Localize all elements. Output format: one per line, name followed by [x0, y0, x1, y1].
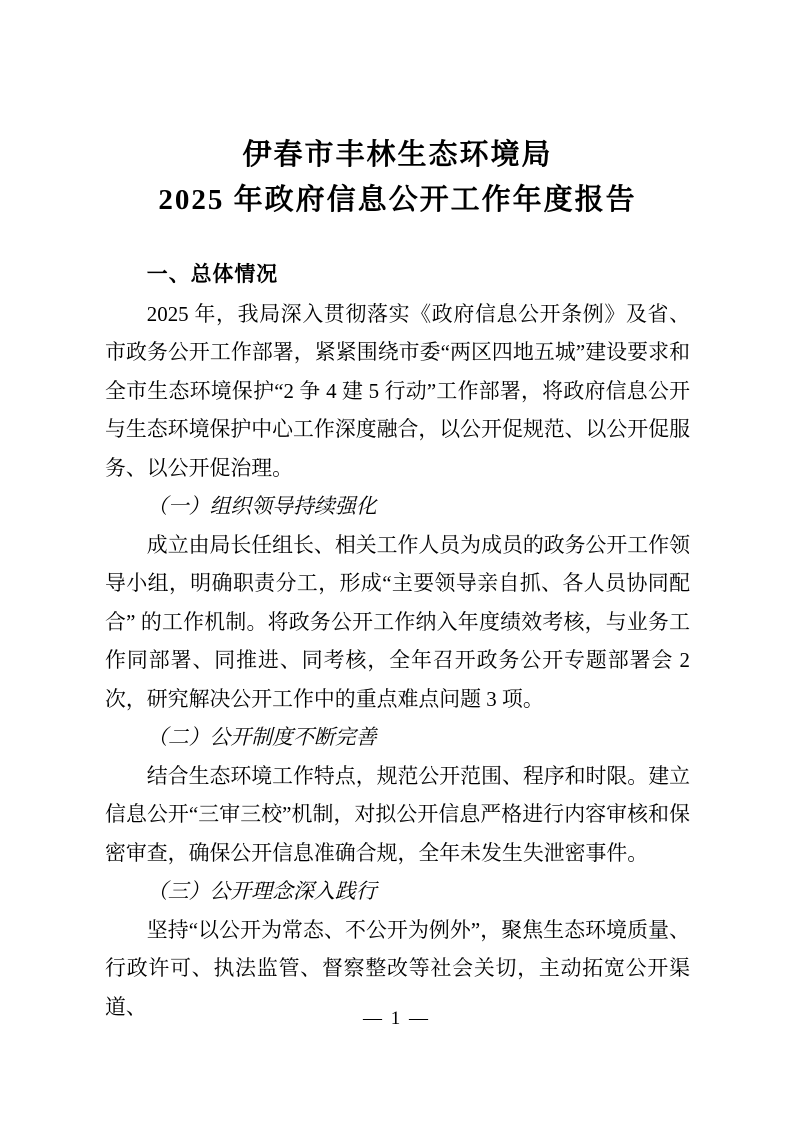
subsection-heading-disclosure-concept: （三）公开理念深入践行 [105, 872, 690, 911]
document-title-line2: 2025 年政府信息公开工作年度报告 [105, 178, 690, 223]
paragraph-disclosure-system: 结合生态环境工作特点，规范公开范围、程序和时限。建立信息公开“三审三校”机制，对… [105, 757, 690, 873]
section-heading-overall-situation: 一、总体情况 [105, 256, 690, 295]
page-number: — 1 — [0, 1008, 793, 1030]
document-title-line1: 伊春市丰林生态环境局 [105, 133, 690, 178]
paragraph-organization: 成立由局长任组长、相关工作人员为成员的政务公开工作领导小组，明确职责分工，形成“… [105, 526, 690, 719]
paragraph-overview: 2025 年，我局深入贯彻落实《政府信息公开条例》及省、市政务公开工作部署，紧紧… [105, 295, 690, 488]
subsection-heading-disclosure-system: （二）公开制度不断完善 [105, 718, 690, 757]
document-page: 伊春市丰林生态环境局 2025 年政府信息公开工作年度报告 一、总体情况 202… [0, 0, 793, 1122]
document-body: 一、总体情况 2025 年，我局深入贯彻落实《政府信息公开条例》及省、市政务公开… [105, 256, 690, 1026]
document-title: 伊春市丰林生态环境局 2025 年政府信息公开工作年度报告 [105, 133, 690, 223]
subsection-heading-organization: （一）组织领导持续强化 [105, 487, 690, 526]
